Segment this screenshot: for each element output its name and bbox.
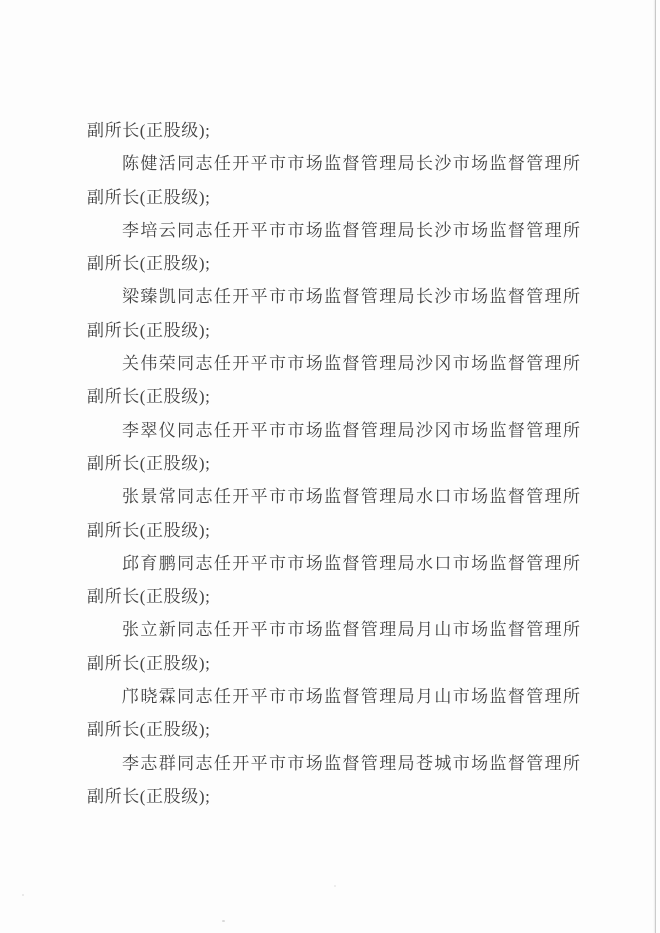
appointment-line: 邝晓霖同志任开平市市场监督管理局月山市场监督管理所	[87, 680, 580, 713]
scanned-document-page: 副所长(正股级); 陈健活同志任开平市市场监督管理局长沙市场监督管理所 副所长(…	[0, 0, 660, 933]
appointment-line: 李培云同志任开平市市场监督管理局长沙市场监督管理所	[87, 214, 580, 247]
rank-line: 副所长(正股级);	[87, 380, 580, 413]
rank-line: 副所长(正股级);	[87, 514, 580, 547]
appointment-line: 张景常同志任开平市市场监督管理局水口市场监督管理所	[87, 480, 580, 513]
rank-line: 副所长(正股级);	[87, 580, 580, 613]
carryover-rank-line: 副所长(正股级);	[87, 114, 580, 147]
rank-line: 副所长(正股级);	[87, 713, 580, 746]
appointment-line: 关伟荣同志任开平市市场监督管理局沙冈市场监督管理所	[87, 347, 580, 380]
rank-line: 副所长(正股级);	[87, 314, 580, 347]
rank-line: 副所长(正股级);	[87, 780, 580, 813]
appointment-line: 邱育鹏同志任开平市市场监督管理局水口市场监督管理所	[87, 547, 580, 580]
rank-line: 副所长(正股级);	[87, 181, 580, 214]
rank-line: 副所长(正股级);	[87, 447, 580, 480]
appointment-line: 陈健活同志任开平市市场监督管理局长沙市场监督管理所	[87, 147, 580, 180]
scan-speck	[22, 894, 24, 896]
appointment-line: 李志群同志任开平市市场监督管理局苍城市场监督管理所	[87, 747, 580, 780]
rank-line: 副所长(正股级);	[87, 247, 580, 280]
document-body: 副所长(正股级); 陈健活同志任开平市市场监督管理局长沙市场监督管理所 副所长(…	[87, 114, 580, 813]
scan-speck	[334, 885, 336, 887]
scan-speck	[222, 920, 225, 922]
appointment-line: 张立新同志任开平市市场监督管理局月山市场监督管理所	[87, 613, 580, 646]
appointment-line: 梁臻凯同志任开平市市场监督管理局长沙市场监督管理所	[87, 280, 580, 313]
rank-line: 副所长(正股级);	[87, 647, 580, 680]
appointment-line: 李翠仪同志任开平市市场监督管理局沙冈市场监督管理所	[87, 414, 580, 447]
scan-edge-line	[655, 0, 656, 933]
